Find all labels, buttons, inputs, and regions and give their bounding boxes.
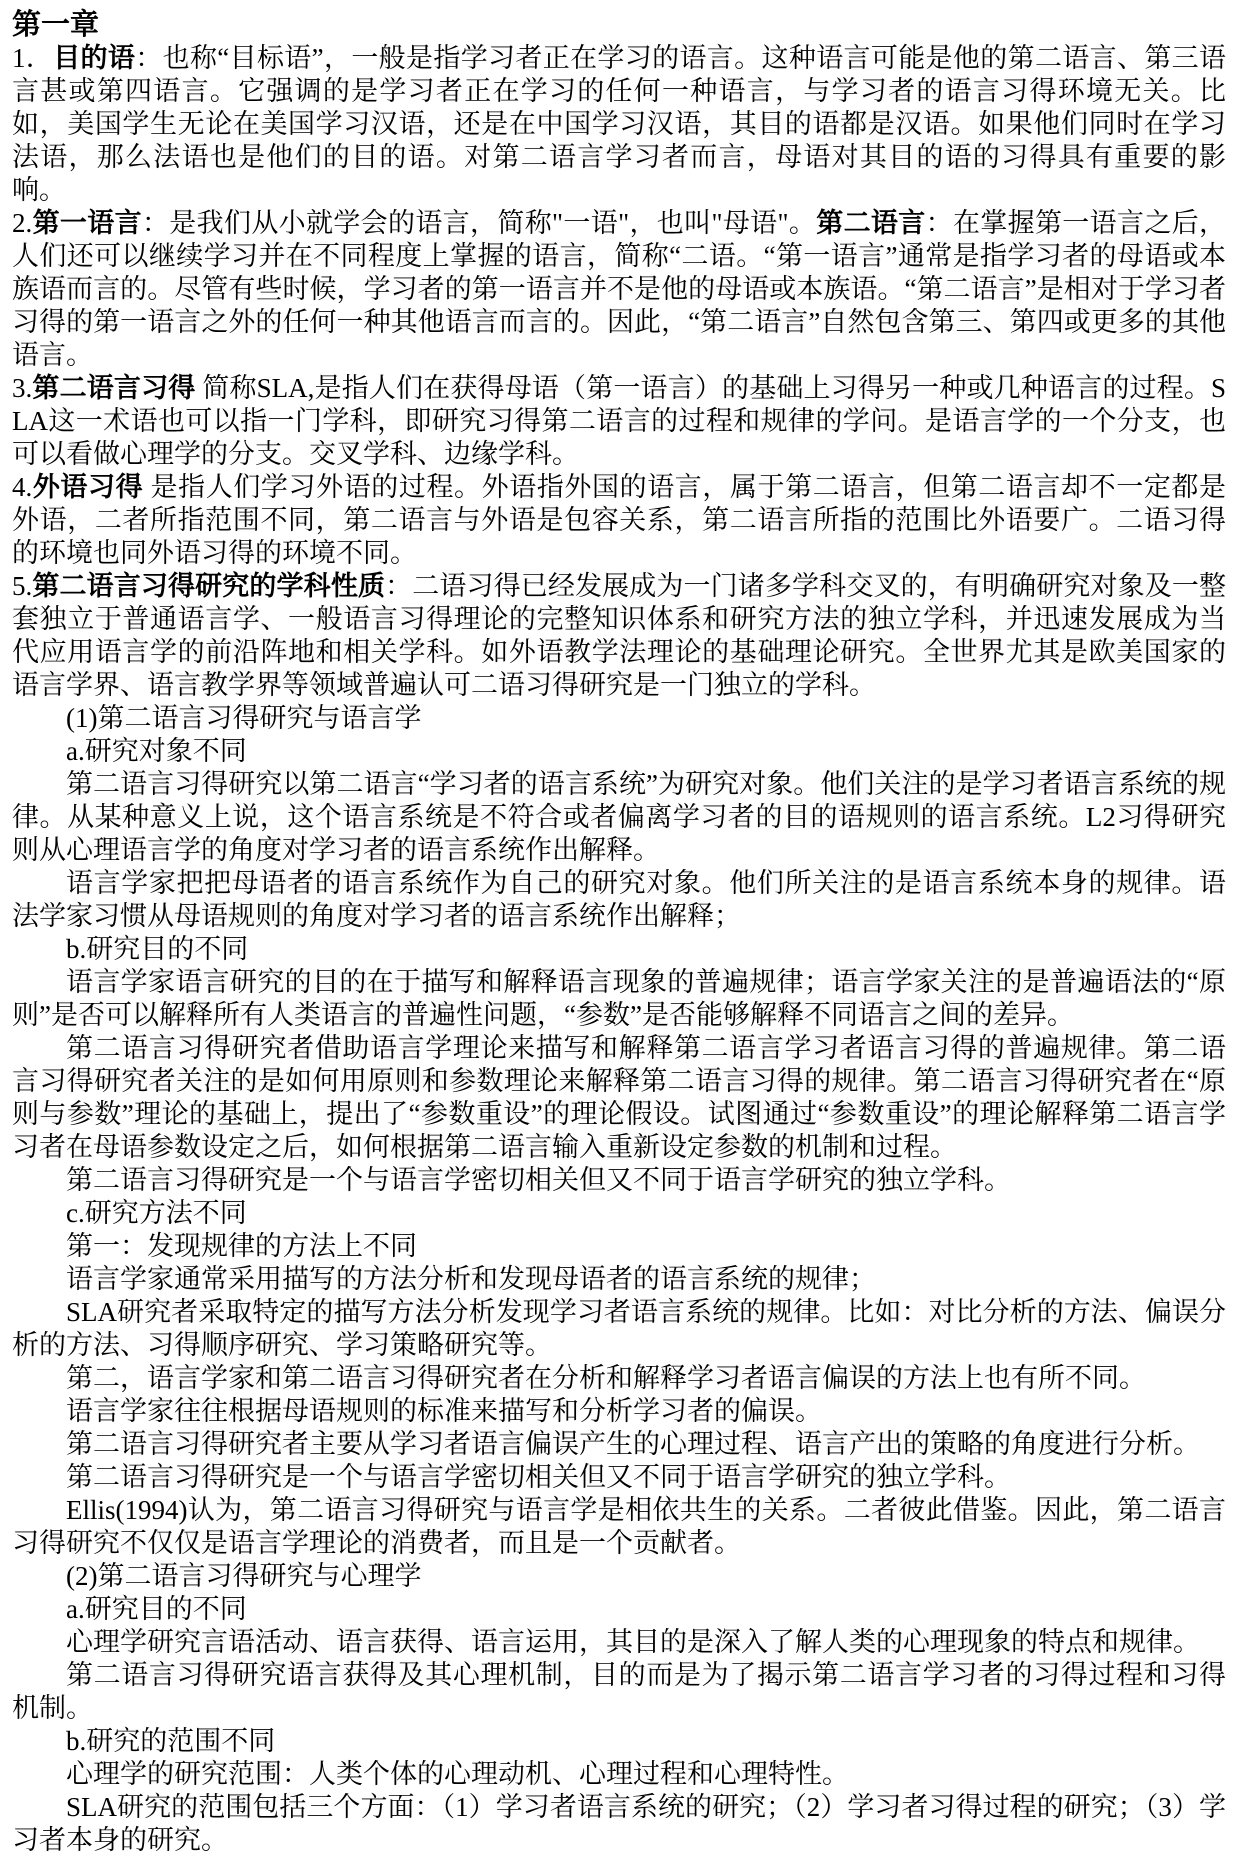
paragraph: 3.第二语言习得 简称SLA,是指人们在获得母语（第一语言）的基础上习得另一种或… — [12, 372, 1226, 471]
bold-term: 第二语言习得 — [32, 373, 195, 403]
text-run: 4. — [12, 472, 32, 502]
paragraph: 语言学家通常采用描写的方法分析和发现母语者的语言系统的规律； — [12, 1263, 1226, 1296]
text-run: (2)第二语言习得研究与心理学 — [66, 1561, 421, 1591]
paragraph: 第二语言习得研究以第二语言“学习者的语言系统”为研究对象。他们关注的是学习者语言… — [12, 768, 1226, 867]
bold-term: 第二语言 — [816, 208, 925, 238]
chapter-heading: 第一章 — [12, 8, 1226, 42]
text-run: ：是我们从小就学会的语言，简称"一语"，也叫"母语"。 — [142, 208, 816, 238]
paragraph: (2)第二语言习得研究与心理学 — [12, 1560, 1226, 1593]
bold-term: 目的语 — [53, 43, 135, 73]
paragraph: 语言学家往往根据母语规则的标准来描写和分析学习者的偏误。 — [12, 1395, 1226, 1428]
document-body: 1．目的语：也称“目标语”，一般是指学习者正在学习的语言。这种语言可能是他的第二… — [12, 42, 1226, 1857]
text-run: ：也称“目标语”，一般是指学习者正在学习的语言。这种语言可能是他的第二语言、第三… — [12, 43, 1226, 205]
text-run: SLA研究的范围包括三个方面：（1）学习者语言系统的研究；（2）学习者习得过程的… — [12, 1792, 1226, 1855]
bold-term: 第二语言习得研究的学科性质 — [32, 571, 385, 601]
text-run: 2. — [12, 208, 32, 238]
paragraph: 第二，语言学家和第二语言习得研究者在分析和解释学习者语言偏误的方法上也有所不同。 — [12, 1362, 1226, 1395]
bold-term: 外语习得 — [32, 472, 143, 502]
paragraph: (1)第二语言习得研究与语言学 — [12, 702, 1226, 735]
paragraph: a.研究目的不同 — [12, 1593, 1226, 1626]
text-run: 第二语言习得研究是一个与语言学密切相关但又不同于语言学研究的独立学科。 — [66, 1165, 1011, 1195]
text-run: 5. — [12, 571, 32, 601]
text-run: 第二语言习得研究以第二语言“学习者的语言系统”为研究对象。他们关注的是学习者语言… — [12, 769, 1226, 865]
paragraph: 第二语言习得研究者主要从学习者语言偏误产生的心理过程、语言产出的策略的角度进行分… — [12, 1428, 1226, 1461]
text-run: 语言学家通常采用描写的方法分析和发现母语者的语言系统的规律； — [66, 1264, 876, 1294]
paragraph: c.研究方法不同 — [12, 1197, 1226, 1230]
paragraph: 第一：发现规律的方法上不同 — [12, 1230, 1226, 1263]
text-run: a.研究对象不同 — [66, 736, 247, 766]
text-run: 第二语言习得研究者主要从学习者语言偏误产生的心理过程、语言产出的策略的角度进行分… — [66, 1429, 1200, 1459]
text-run: 语言学家把把母语者的语言系统作为自己的研究对象。他们所关注的是语言系统本身的规律… — [12, 868, 1226, 931]
text-run: 第一：发现规律的方法上不同 — [66, 1231, 417, 1261]
paragraph: 第二语言习得研究语言获得及其心理机制，目的而是为了揭示第二语言学习者的习得过程和… — [12, 1659, 1226, 1725]
paragraph: 5.第二语言习得研究的学科性质：二语习得已经发展成为一门诸多学科交叉的，有明确研… — [12, 570, 1226, 702]
text-run: 是指人们学习外语的过程。外语指外国的语言，属于第二语言，但第二语言却不一定都是外… — [12, 472, 1226, 568]
paragraph: 第二语言习得研究者借助语言学理论来描写和解释第二语言学习者语言习得的普遍规律。第… — [12, 1032, 1226, 1164]
text-run: c.研究方法不同 — [66, 1198, 247, 1228]
text-run: SLA研究者采取特定的描写方法分析发现学习者语言系统的规律。比如：对比分析的方法… — [12, 1297, 1226, 1360]
text-run: b.研究的范围不同 — [66, 1726, 275, 1756]
paragraph: 语言学家把把母语者的语言系统作为自己的研究对象。他们所关注的是语言系统本身的规律… — [12, 867, 1226, 933]
text-run: 第二语言习得研究语言获得及其心理机制，目的而是为了揭示第二语言学习者的习得过程和… — [12, 1660, 1226, 1723]
paragraph: 第二语言习得研究是一个与语言学密切相关但又不同于语言学研究的独立学科。 — [12, 1164, 1226, 1197]
paragraph: 心理学的研究范围：人类个体的心理动机、心理过程和心理特性。 — [12, 1758, 1226, 1791]
paragraph: 2.第一语言：是我们从小就学会的语言，简称"一语"，也叫"母语"。第二语言：在掌… — [12, 207, 1226, 372]
paragraph: 心理学研究言语活动、语言获得、语言运用，其目的是深入了解人类的心理现象的特点和规… — [12, 1626, 1226, 1659]
paragraph: b.研究目的不同 — [12, 933, 1226, 966]
paragraph: 4.外语习得 是指人们学习外语的过程。外语指外国的语言，属于第二语言，但第二语言… — [12, 471, 1226, 570]
text-run: 心理学研究言语活动、语言获得、语言运用，其目的是深入了解人类的心理现象的特点和规… — [66, 1627, 1200, 1657]
paragraph: b.研究的范围不同 — [12, 1725, 1226, 1758]
text-run: b.研究目的不同 — [66, 934, 248, 964]
paragraph: Ellis(1994)认为，第二语言习得研究与语言学是相依共生的关系。二者彼此借… — [12, 1494, 1226, 1560]
paragraph: 第二语言习得研究是一个与语言学密切相关但又不同于语言学研究的独立学科。 — [12, 1461, 1226, 1494]
paragraph: a.研究对象不同 — [12, 735, 1226, 768]
paragraph: 1．目的语：也称“目标语”，一般是指学习者正在学习的语言。这种语言可能是他的第二… — [12, 42, 1226, 207]
bold-term: 第一语言 — [32, 208, 142, 238]
document-page: 第一章 1．目的语：也称“目标语”，一般是指学习者正在学习的语言。这种语言可能是… — [0, 0, 1240, 1867]
paragraph: SLA研究的范围包括三个方面：（1）学习者语言系统的研究；（2）学习者习得过程的… — [12, 1791, 1226, 1857]
text-run: 第二语言习得研究者借助语言学理论来描写和解释第二语言学习者语言习得的普遍规律。第… — [12, 1033, 1226, 1162]
text-run: 第二，语言学家和第二语言习得研究者在分析和解释学习者语言偏误的方法上也有所不同。 — [66, 1363, 1146, 1393]
text-run: 简称SLA,是指人们在获得母语（第一语言）的基础上习得另一种或几种语言的过程。S… — [12, 373, 1226, 469]
text-run: (1)第二语言习得研究与语言学 — [66, 703, 421, 733]
text-run: 语言学家语言研究的目的在于描写和解释语言现象的普遍规律；语言学家关注的是普遍语法… — [12, 967, 1226, 1030]
text-run: 第二语言习得研究是一个与语言学密切相关但又不同于语言学研究的独立学科。 — [66, 1462, 1011, 1492]
text-run: 3. — [12, 373, 32, 403]
text-run: 语言学家往往根据母语规则的标准来描写和分析学习者的偏误。 — [66, 1396, 822, 1426]
text-run: 1． — [12, 43, 53, 73]
text-run: Ellis(1994)认为，第二语言习得研究与语言学是相依共生的关系。二者彼此借… — [12, 1495, 1226, 1558]
paragraph: 语言学家语言研究的目的在于描写和解释语言现象的普遍规律；语言学家关注的是普遍语法… — [12, 966, 1226, 1032]
text-run: a.研究目的不同 — [66, 1594, 247, 1624]
text-run: 心理学的研究范围：人类个体的心理动机、心理过程和心理特性。 — [66, 1759, 849, 1789]
paragraph: SLA研究者采取特定的描写方法分析发现学习者语言系统的规律。比如：对比分析的方法… — [12, 1296, 1226, 1362]
